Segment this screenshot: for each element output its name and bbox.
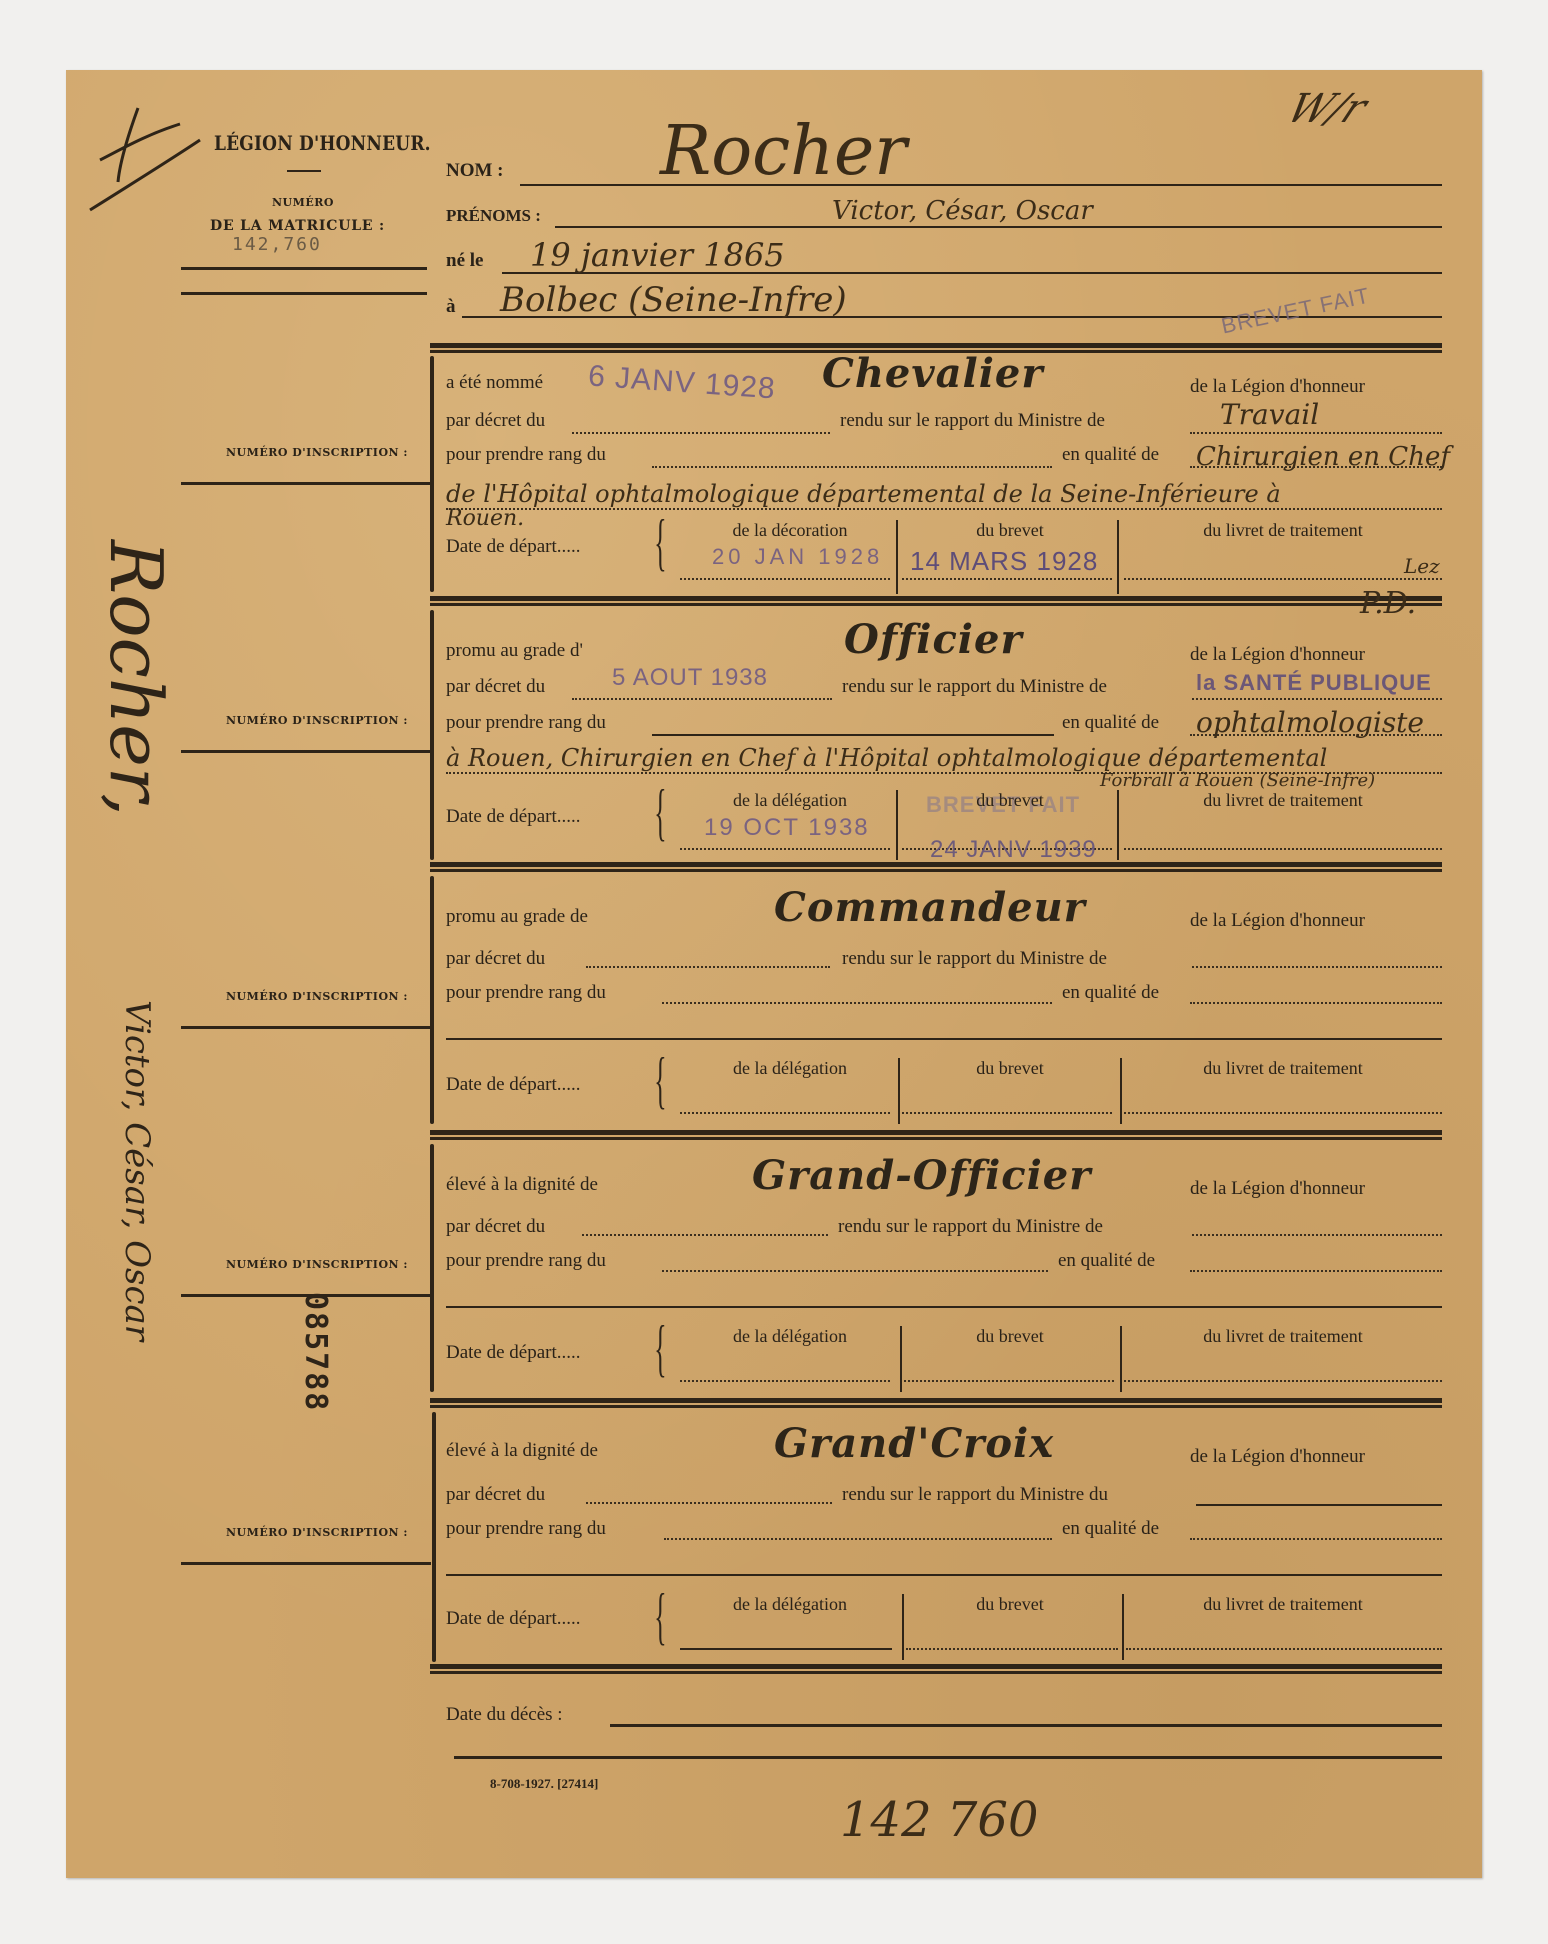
chevalier-col2-label: du brevet [900,520,1120,541]
grand-officier-col2-field[interactable] [904,1380,1114,1382]
grand-croix-extra-rule[interactable] [446,1574,1442,1576]
grand-officier-ministre-field[interactable] [1192,1234,1442,1236]
grand-croix-qualite-field[interactable] [1190,1538,1442,1540]
chevalier-decret-field[interactable] [572,432,830,434]
officier-suffix: de la Légion d'honneur [1190,644,1365,666]
commandeur-suffix: de la Légion d'honneur [1190,910,1365,932]
officier-ministre-stamp: la SANTÉ PUBLIQUE [1196,670,1432,696]
grand-croix-col3-label: du livret de traitement [1124,1594,1442,1615]
grand-croix-grade: Grand'Croix [774,1420,1054,1467]
prenoms-rule [555,226,1442,228]
grand-officier-grade: Grand-Officier [752,1152,1091,1199]
chevalier-col3-field[interactable] [1124,578,1442,580]
col-divider [1117,790,1119,860]
commandeur-qualite-label: en qualité de [1062,982,1159,1004]
chevalier-col1-label: de la décoration [680,520,900,541]
commandeur-depart-brace: { [654,1048,666,1112]
deces-field[interactable] [610,1724,1442,1727]
officier-decret-label: par décret du [446,676,545,698]
chevalier-ministre-value: Travail [1220,398,1319,431]
grand-officier-col3-field[interactable] [1124,1380,1442,1382]
grand-officier-rang-field[interactable] [662,1270,1048,1272]
inscription-label-2: NUMÉRO D'INSCRIPTION : [226,714,408,727]
grand-croix-rang-field[interactable] [664,1538,1052,1540]
col-divider [1117,520,1119,594]
prenoms-value: Victor, César, Oscar [832,196,1093,226]
officier-grade: Officier [844,616,1023,663]
officier-col1-value: 19 OCT 1938 [704,814,870,842]
chevalier-suffix: de la Légion d'honneur [1190,376,1365,398]
grand-croix-decret-field[interactable] [586,1502,832,1504]
officier-col3-label: du livret de traitement [1124,790,1442,811]
section-brace [430,610,434,860]
section-brace [430,356,434,592]
grand-croix-col1-field[interactable] [680,1648,892,1650]
commandeur-col3-field[interactable] [1124,1112,1442,1114]
officier-col1-field[interactable] [680,848,890,850]
matricule-rule [181,267,427,270]
officier-col3-field[interactable] [1124,848,1442,850]
grand-officier-decret-label: par décret du [446,1216,545,1238]
matricule-rule-2 [181,292,427,295]
chevalier-col1-value: 20 JAN 1928 [712,544,883,570]
officier-depart-label: Date de départ..... [446,806,581,828]
grand-officier-rang-label: pour prendre rang du [446,1250,606,1272]
officier-col1-label: de la délégation [680,790,900,811]
commandeur-decret-label: par décret du [446,948,545,970]
inscription-rule-2 [181,750,431,753]
officier-qualite-value: ophtalmologiste [1196,706,1424,739]
grand-croix-col1-label: de la délégation [680,1594,900,1615]
officier-initials: P.D. [1360,586,1416,621]
commandeur-qualite-field[interactable] [1190,1002,1442,1004]
commandeur-rang-label: pour prendre rang du [446,982,606,1004]
inscription-number: 085788 [298,1292,333,1412]
section-separator [430,1664,1442,1671]
commandeur-grade: Commandeur [774,884,1086,931]
matricule-value: 142,760 [232,234,322,255]
handwritten-mark-icon [90,100,200,210]
chevalier-rapport-label: rendu sur le rapport du Ministre de [840,410,1105,432]
commandeur-rang-field[interactable] [662,1002,1052,1004]
section-brace [430,1144,434,1392]
inscription-label-4: NUMÉRO D'INSCRIPTION : [226,1258,408,1271]
chevalier-col1-field[interactable] [680,578,890,580]
grand-croix-decret-label: par décret du [446,1484,545,1506]
section-brace [432,1412,436,1662]
officier-col2-value: 24 JANV 1939 [930,836,1097,864]
officier-rang-label: pour prendre rang du [446,712,606,734]
grand-officier-col3-label: du livret de traitement [1124,1326,1442,1347]
grand-officier-qualite-label: en qualité de [1058,1250,1155,1272]
nom-value: Rocher [660,112,907,191]
handwritten-matricule: 142 760 [840,1792,1039,1848]
commandeur-col1-label: de la délégation [680,1058,900,1079]
officier-extra-line-2: Forbrall à Rouen (Seine-Infre) [1100,770,1375,791]
a-value: Bolbec (Seine-Infre) [500,280,847,320]
grand-croix-rang-label: pour prendre rang du [446,1518,606,1540]
grand-officier-rapport-label: rendu sur le rapport du Ministre de [838,1216,1103,1238]
chevalier-extra-line-2: Rouen. [446,506,524,531]
commandeur-col2-label: du brevet [900,1058,1120,1079]
inscription-rule-1 [181,482,431,485]
grand-officier-col1-label: de la délégation [680,1326,900,1347]
nom-rule [520,184,1442,186]
a-label: à [446,296,456,318]
chevalier-col3-initials: Lez [1404,554,1440,578]
vertical-given-names: Victor, César, Oscar [120,1000,154,1341]
officier-col2-label: du brevet [900,790,1120,811]
col-divider [1120,1326,1122,1392]
inscription-rule-3 [181,1026,431,1029]
commandeur-extra-rule[interactable] [446,1038,1442,1040]
chevalier-extra-line-1: de l'Hôpital ophtalmologique département… [446,480,1281,508]
grand-croix-intro: élevé à la dignité de [446,1440,598,1462]
inscription-label-5: NUMÉRO D'INSCRIPTION : [226,1526,408,1539]
commandeur-rapport-label: rendu sur le rapport du Ministre de [842,948,1107,970]
grand-croix-ministre-field[interactable] [1196,1504,1442,1506]
grand-officier-decret-field[interactable] [582,1234,828,1236]
grand-officier-intro: élevé à la dignité de [446,1174,598,1196]
ne-le-label: né le [446,250,483,272]
chevalier-col2-field[interactable] [902,578,1112,580]
title-underline [287,170,321,172]
chevalier-col3-label: du livret de traitement [1124,520,1442,541]
document-title: LÉGION D'HONNEUR. [214,133,431,156]
officier-rang-field[interactable] [652,734,1054,736]
officier-qualite-label: en qualité de [1062,712,1159,734]
ne-le-value: 19 janvier 1865 [530,236,785,274]
officier-decret-field[interactable] [572,698,832,700]
col-divider [1120,1058,1122,1124]
officier-depart-brace: { [654,780,666,844]
chevalier-grade: Chevalier [822,350,1043,397]
inscription-label-1: NUMÉRO D'INSCRIPTION : [226,446,408,459]
grand-croix-col2-label: du brevet [900,1594,1120,1615]
officier-extra-line-1: à Rouen, Chirurgien en Chef à l'Hôpital … [446,744,1327,772]
officier-ministre-field[interactable] [1192,698,1442,700]
grand-croix-qualite-label: en qualité de [1062,1518,1159,1540]
nom-label: NOM : [446,160,504,182]
commandeur-ministre-field[interactable] [1192,966,1442,968]
grand-croix-suffix: de la Légion d'honneur [1190,1446,1365,1468]
print-reference: 8-708-1927. [27414] [490,1776,598,1792]
chevalier-rang-label: pour prendre rang du [446,444,606,466]
chevalier-depart-brace: { [654,510,666,574]
chevalier-depart-label: Date de départ..... [446,536,581,558]
col-divider [896,520,898,594]
commandeur-intro: promu au grade de [446,906,588,928]
section-separator [430,596,1442,603]
grand-officier-suffix: de la Légion d'honneur [1190,1178,1365,1200]
commandeur-col2-field[interactable] [902,1112,1112,1114]
matricule-label: DE LA MATRICULE : [210,218,385,234]
chevalier-intro: a été nommé [446,372,543,394]
officier-intro: promu au grade d' [446,640,583,662]
vertical-surname: Rocher, [100,540,172,816]
chevalier-decret-label: par décret du [446,410,545,432]
section-separator [430,343,1442,350]
grand-officier-extra-rule[interactable] [446,1306,1442,1308]
grand-croix-rapport-label: rendu sur le rapport du Ministre du [842,1484,1108,1506]
section-separator [430,1398,1442,1405]
grand-officier-col1-field[interactable] [680,1380,890,1382]
numero-label: NUMÉRO [272,196,334,209]
chevalier-qualite-label: en qualité de [1062,444,1159,466]
grand-croix-col3-field[interactable] [1126,1648,1442,1650]
section-separator [430,862,1442,869]
grand-croix-depart-label: Date de départ..... [446,1608,581,1630]
chevalier-rang-field[interactable] [652,466,1052,468]
officier-decret-stamp: 5 AOUT 1938 [612,664,768,692]
grand-croix-depart-brace: { [654,1584,666,1648]
inscription-rule-5 [181,1562,431,1565]
chevalier-extra-rule [446,508,1442,510]
chevalier-col2-value: 14 MARS 1928 [910,546,1098,577]
grand-croix-col2-field[interactable] [906,1648,1118,1650]
chevalier-qualite-value: Chirurgien en Chef [1196,442,1450,472]
deces-label: Date du décès : [446,1704,563,1726]
grand-officier-col2-label: du brevet [900,1326,1120,1347]
officier-rapport-label: rendu sur le rapport du Ministre de [842,676,1107,698]
section-separator [430,1130,1442,1137]
commandeur-col1-field[interactable] [680,1112,890,1114]
commandeur-depart-label: Date de départ..... [446,1074,581,1096]
commandeur-col3-label: du livret de traitement [1124,1058,1442,1079]
grand-officier-qualite-field[interactable] [1190,1270,1442,1272]
grand-officier-depart-label: Date de départ..... [446,1342,581,1364]
chevalier-ministre-field[interactable] [1190,432,1442,434]
footer-rule [454,1756,1442,1759]
commandeur-decret-field[interactable] [586,966,830,968]
col-divider [896,790,898,860]
section-brace [430,876,434,1124]
grand-officier-depart-brace: { [654,1316,666,1380]
inscription-label-3: NUMÉRO D'INSCRIPTION : [226,990,408,1003]
prenoms-label: PRÉNOMS : [446,206,541,226]
